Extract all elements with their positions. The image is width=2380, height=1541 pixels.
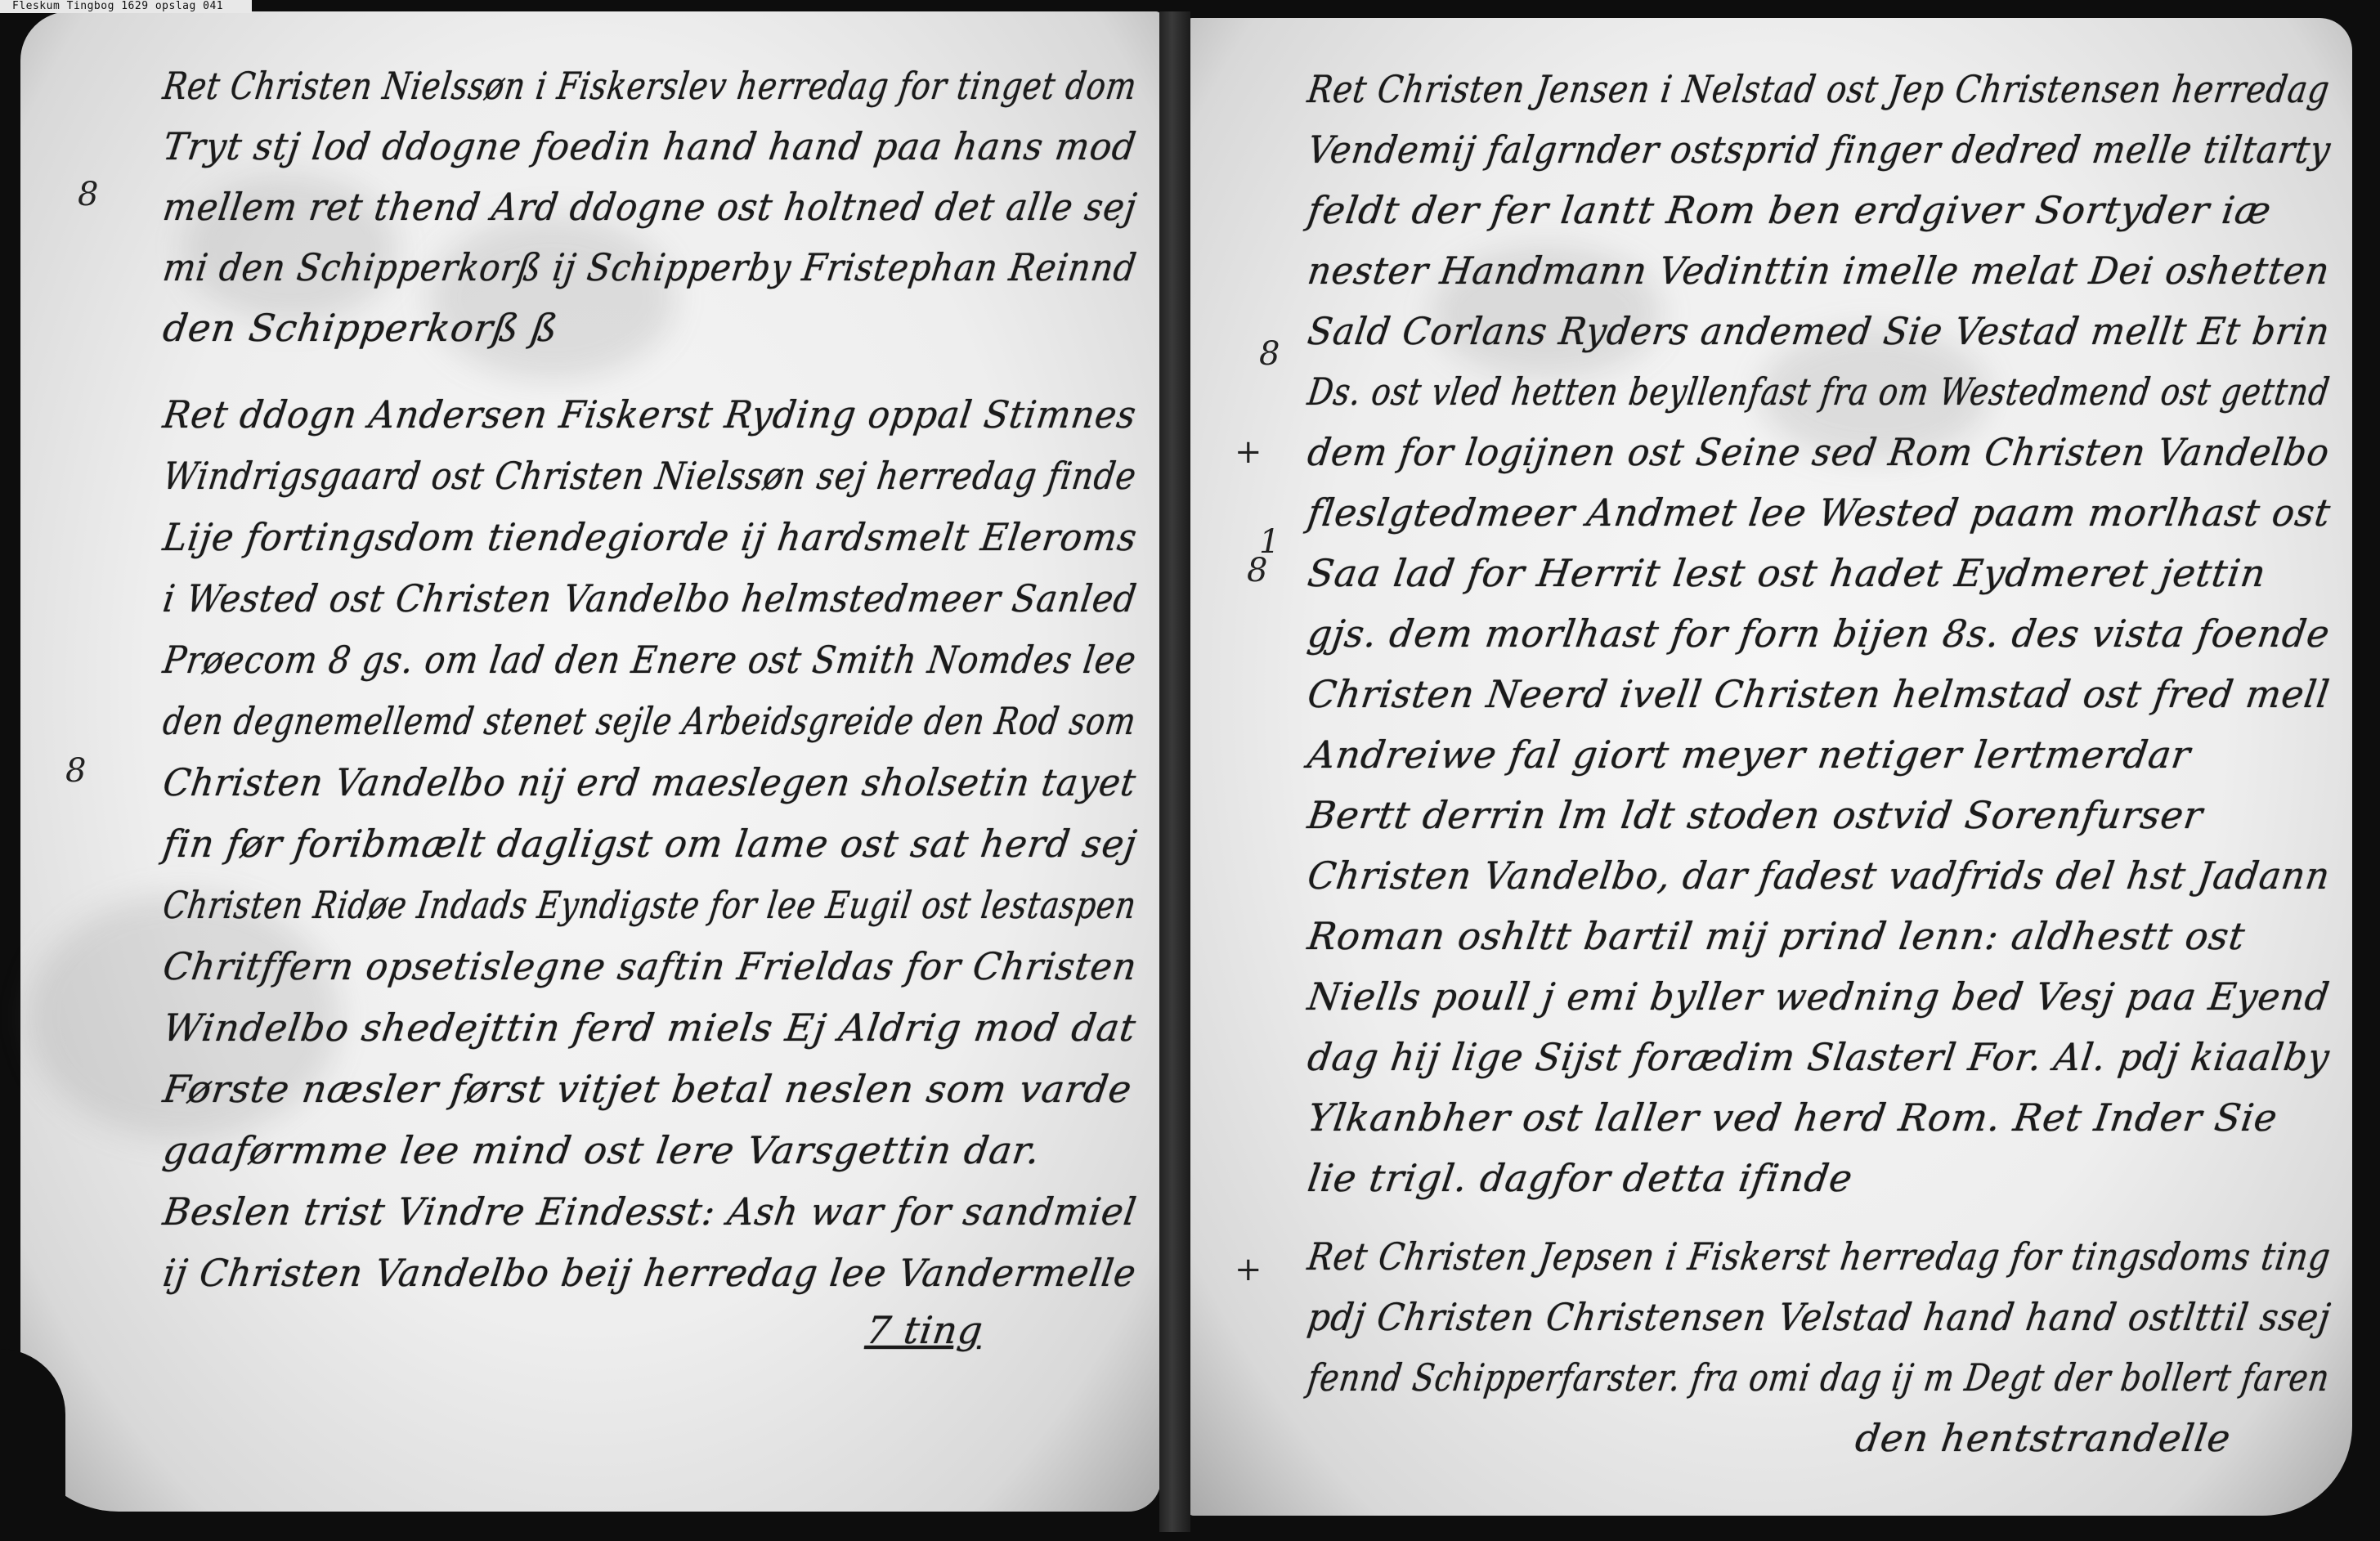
handwritten-line: Christen Neerd ivell Christen helmstad o… bbox=[1305, 672, 2333, 716]
handwritten-line: Niells poull j emi byller wedning bed Ve… bbox=[1305, 974, 2333, 1019]
signature-7-ting: 7 ting bbox=[863, 1308, 986, 1352]
handwritten-line: fin før foribmælt dagligst om lame ost s… bbox=[160, 822, 1140, 866]
margin-mark: 8 bbox=[65, 752, 86, 790]
handwritten-line: nester Handmann Vedinttin imelle melat D… bbox=[1305, 249, 2333, 293]
handwritten-line: Ylkanbher ost laller ved herd Rom. Ret I… bbox=[1305, 1095, 2280, 1140]
handwritten-line: Christen Ridøe Indads Eyndigste for lee … bbox=[160, 883, 1139, 927]
handwritten-line: Sald Corlans Ryders andemed Sie Vestad m… bbox=[1305, 309, 2333, 353]
handwritten-line: den hentstrandelle bbox=[1853, 1416, 2234, 1460]
handwritten-line: fennd Schipperfarster. fra omi dag ij m … bbox=[1305, 1355, 2333, 1400]
handwritten-line: den Schipperkorß ß bbox=[160, 306, 561, 350]
handwritten-line: Christen Vandelbo nij erd maeslegen shol… bbox=[160, 760, 1139, 804]
handwritten-line: Andreiwe fal giort meyer netiger lertmer… bbox=[1305, 732, 2194, 777]
handwritten-line: Beslen trist Vindre Eindesst: Ash war fo… bbox=[160, 1189, 1140, 1234]
handwritten-line: Ret Christen Jepsen i Fiskerst herredag … bbox=[1305, 1234, 2333, 1279]
paper-stain bbox=[429, 216, 675, 379]
handwritten-line: Ds. ost vled hetten beyllenfast fra om W… bbox=[1305, 370, 2333, 414]
margin-mark: 8 bbox=[1259, 335, 1280, 373]
handwritten-line: Chritffern opsetislegne saftin Frieldas … bbox=[160, 944, 1140, 988]
handwritten-line: lie trigl. dagfor detta ifinde bbox=[1305, 1156, 1856, 1200]
handwritten-line: den degnemellemd stenet sejle Arbeidsgre… bbox=[160, 699, 1139, 743]
handwritten-line: Tryt stj lod ddogne foedin hand hand paa… bbox=[160, 124, 1139, 168]
handwritten-line: gjs. dem morlhast for forn bijen 8s. des… bbox=[1305, 611, 2333, 656]
margin-mark: 8 bbox=[78, 176, 98, 213]
handwritten-line: Lije fortingsdom tiendegiorde ij hardsme… bbox=[160, 515, 1140, 559]
handwritten-line: Ret Christen Jensen i Nelstad ost Jep Ch… bbox=[1305, 67, 2333, 111]
handwritten-line: Bertt derrin lm ldt stoden ostvid Sorenf… bbox=[1305, 793, 2206, 837]
handwritten-line: pdj Christen Christensen Velstad hand ha… bbox=[1305, 1295, 2333, 1339]
handwritten-line: Prøecom 8 gs. om lad den Enere ost Smith… bbox=[160, 638, 1139, 682]
handwritten-line: Christen Vandelbo, dar fadest vadfrids d… bbox=[1305, 853, 2333, 898]
handwritten-line: Ret ddogn Andersen Fiskerst Ryding oppal… bbox=[160, 392, 1139, 437]
handwritten-line: feldt der fer lantt Rom ben erdgiver Sor… bbox=[1305, 188, 2275, 232]
handwritten-line: Første næsler først vitjet betal neslen … bbox=[160, 1067, 1135, 1111]
handwritten-line: fleslgtedmeer Andmet lee Wested paam mor… bbox=[1305, 491, 2333, 535]
handwritten-line: Saa lad for Herrit lest ost hadet Eydmer… bbox=[1305, 551, 2269, 595]
handwritten-line: Vendemij falgrnder ostsprid finger dedre… bbox=[1305, 128, 2333, 172]
handwritten-line: Windrigsgaard ost Christen Nielssøn sej … bbox=[160, 454, 1139, 498]
handwritten-line: Ret Christen Nielssøn i Fiskerslev herre… bbox=[160, 64, 1140, 108]
margin-mark: 8 bbox=[1247, 552, 1267, 589]
image-caption-label: Fleskum Tingbog 1629 opslag 041 bbox=[0, 0, 252, 13]
handwritten-line: mellem ret thend Ard ddogne ost holtned … bbox=[160, 185, 1140, 229]
handwritten-line: dem for logijnen ost Seine sed Rom Chris… bbox=[1305, 430, 2333, 474]
handwritten-line: i Wested ost Christen Vandelbo helmstedm… bbox=[160, 576, 1140, 620]
handwritten-line: mi den Schipperkorß ij Schipperby Friste… bbox=[160, 245, 1139, 289]
margin-mark: + bbox=[1235, 1251, 1262, 1288]
handwritten-line: ij Christen Vandelbo beij herredag lee V… bbox=[160, 1251, 1139, 1295]
handwritten-line: gaaførmme lee mind ost lere Varsgettin d… bbox=[160, 1128, 1043, 1172]
handwritten-line: dag hij lige Sijst forædim Slasterl For.… bbox=[1305, 1035, 2333, 1079]
handwritten-line: Roman oshltt bartil mij prind lenn: aldh… bbox=[1305, 914, 2248, 958]
book-gutter bbox=[1159, 11, 1190, 1532]
handwritten-line: Windelbo shedejttin ferd miels Ej Aldrig… bbox=[160, 1006, 1139, 1050]
margin-mark: + bbox=[1235, 433, 1262, 471]
